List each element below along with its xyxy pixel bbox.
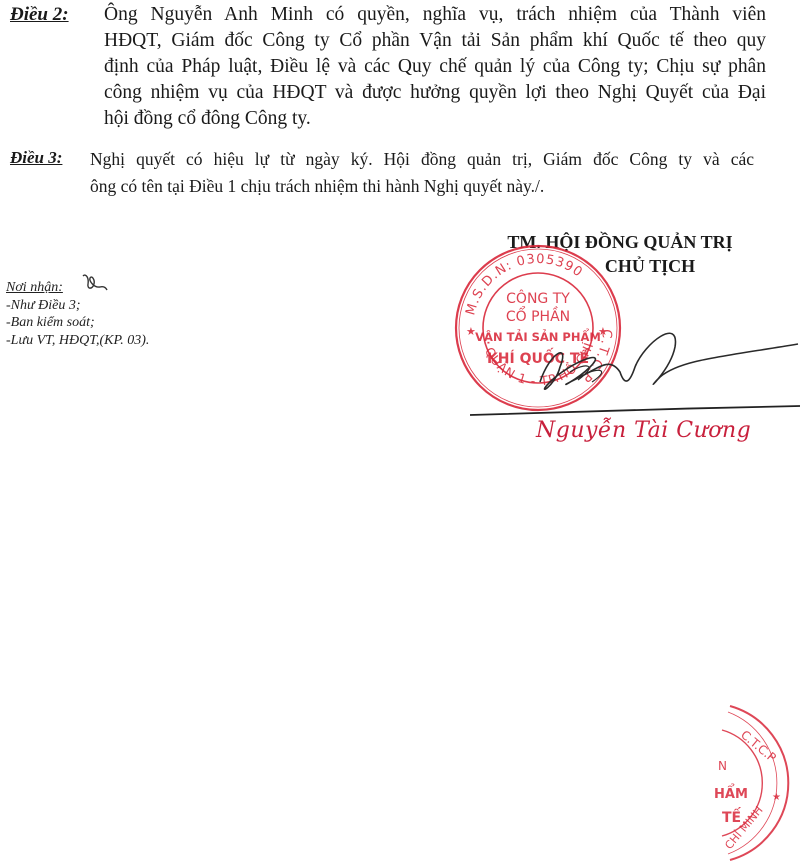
signature-role: CHỦ TỊCH — [520, 256, 780, 277]
article-2-line: Ông Nguyễn Anh Minh có quyền, nghĩa vụ, … — [104, 2, 766, 28]
signer-name: Nguyễn Tài Cương — [536, 418, 751, 443]
handwritten-signature-icon — [530, 312, 800, 412]
recipient-item: -Như Điều 3; — [6, 297, 149, 315]
article-3-label: Điều 3: — [10, 148, 62, 168]
article-2-line: định của Pháp luật, Điều lệ và các Quy c… — [104, 54, 766, 80]
recipients-heading: Nơi nhận: — [6, 279, 149, 297]
article-2-line: hội đồng cổ đông Công ty. — [104, 106, 766, 132]
article-2-label: Điều 2: — [10, 4, 69, 26]
svg-text:CÔNG TY: CÔNG TY — [506, 289, 570, 307]
signature-line — [470, 405, 800, 417]
article-2-body: Ông Nguyễn Anh Minh có quyền, nghĩa vụ, … — [104, 2, 766, 132]
article-3-body: Nghị quyết có hiệu lự từ ngày ký. Hội đồ… — [90, 146, 754, 200]
svg-text:N: N — [718, 759, 727, 773]
svg-text:★: ★ — [772, 792, 781, 803]
partial-seal-icon: C.T.C.P ★ N HẨM TẾ CHÍ MINH — [700, 700, 800, 866]
recipient-item: -Lưu VT, HĐQT,(KP. 03). — [6, 332, 149, 350]
article-2-line: công nhiệm vụ của HĐQT và được hưởng quy… — [104, 80, 766, 106]
article-3-line: ông có tên tại Điều 1 chịu trách nhiệm t… — [90, 173, 754, 200]
recipient-item: -Ban kiểm soát; — [6, 314, 149, 332]
article-2-line: HĐQT, Giám đốc Công ty Cổ phần Vận tải S… — [104, 28, 766, 54]
svg-text:HẨM: HẨM — [714, 784, 748, 802]
article-3-line: Nghị quyết có hiệu lự từ ngày ký. Hội đồ… — [90, 146, 754, 173]
recipients-list: Nơi nhận: -Như Điều 3; -Ban kiểm soát; -… — [6, 279, 149, 349]
initial-mark-icon — [80, 272, 110, 294]
